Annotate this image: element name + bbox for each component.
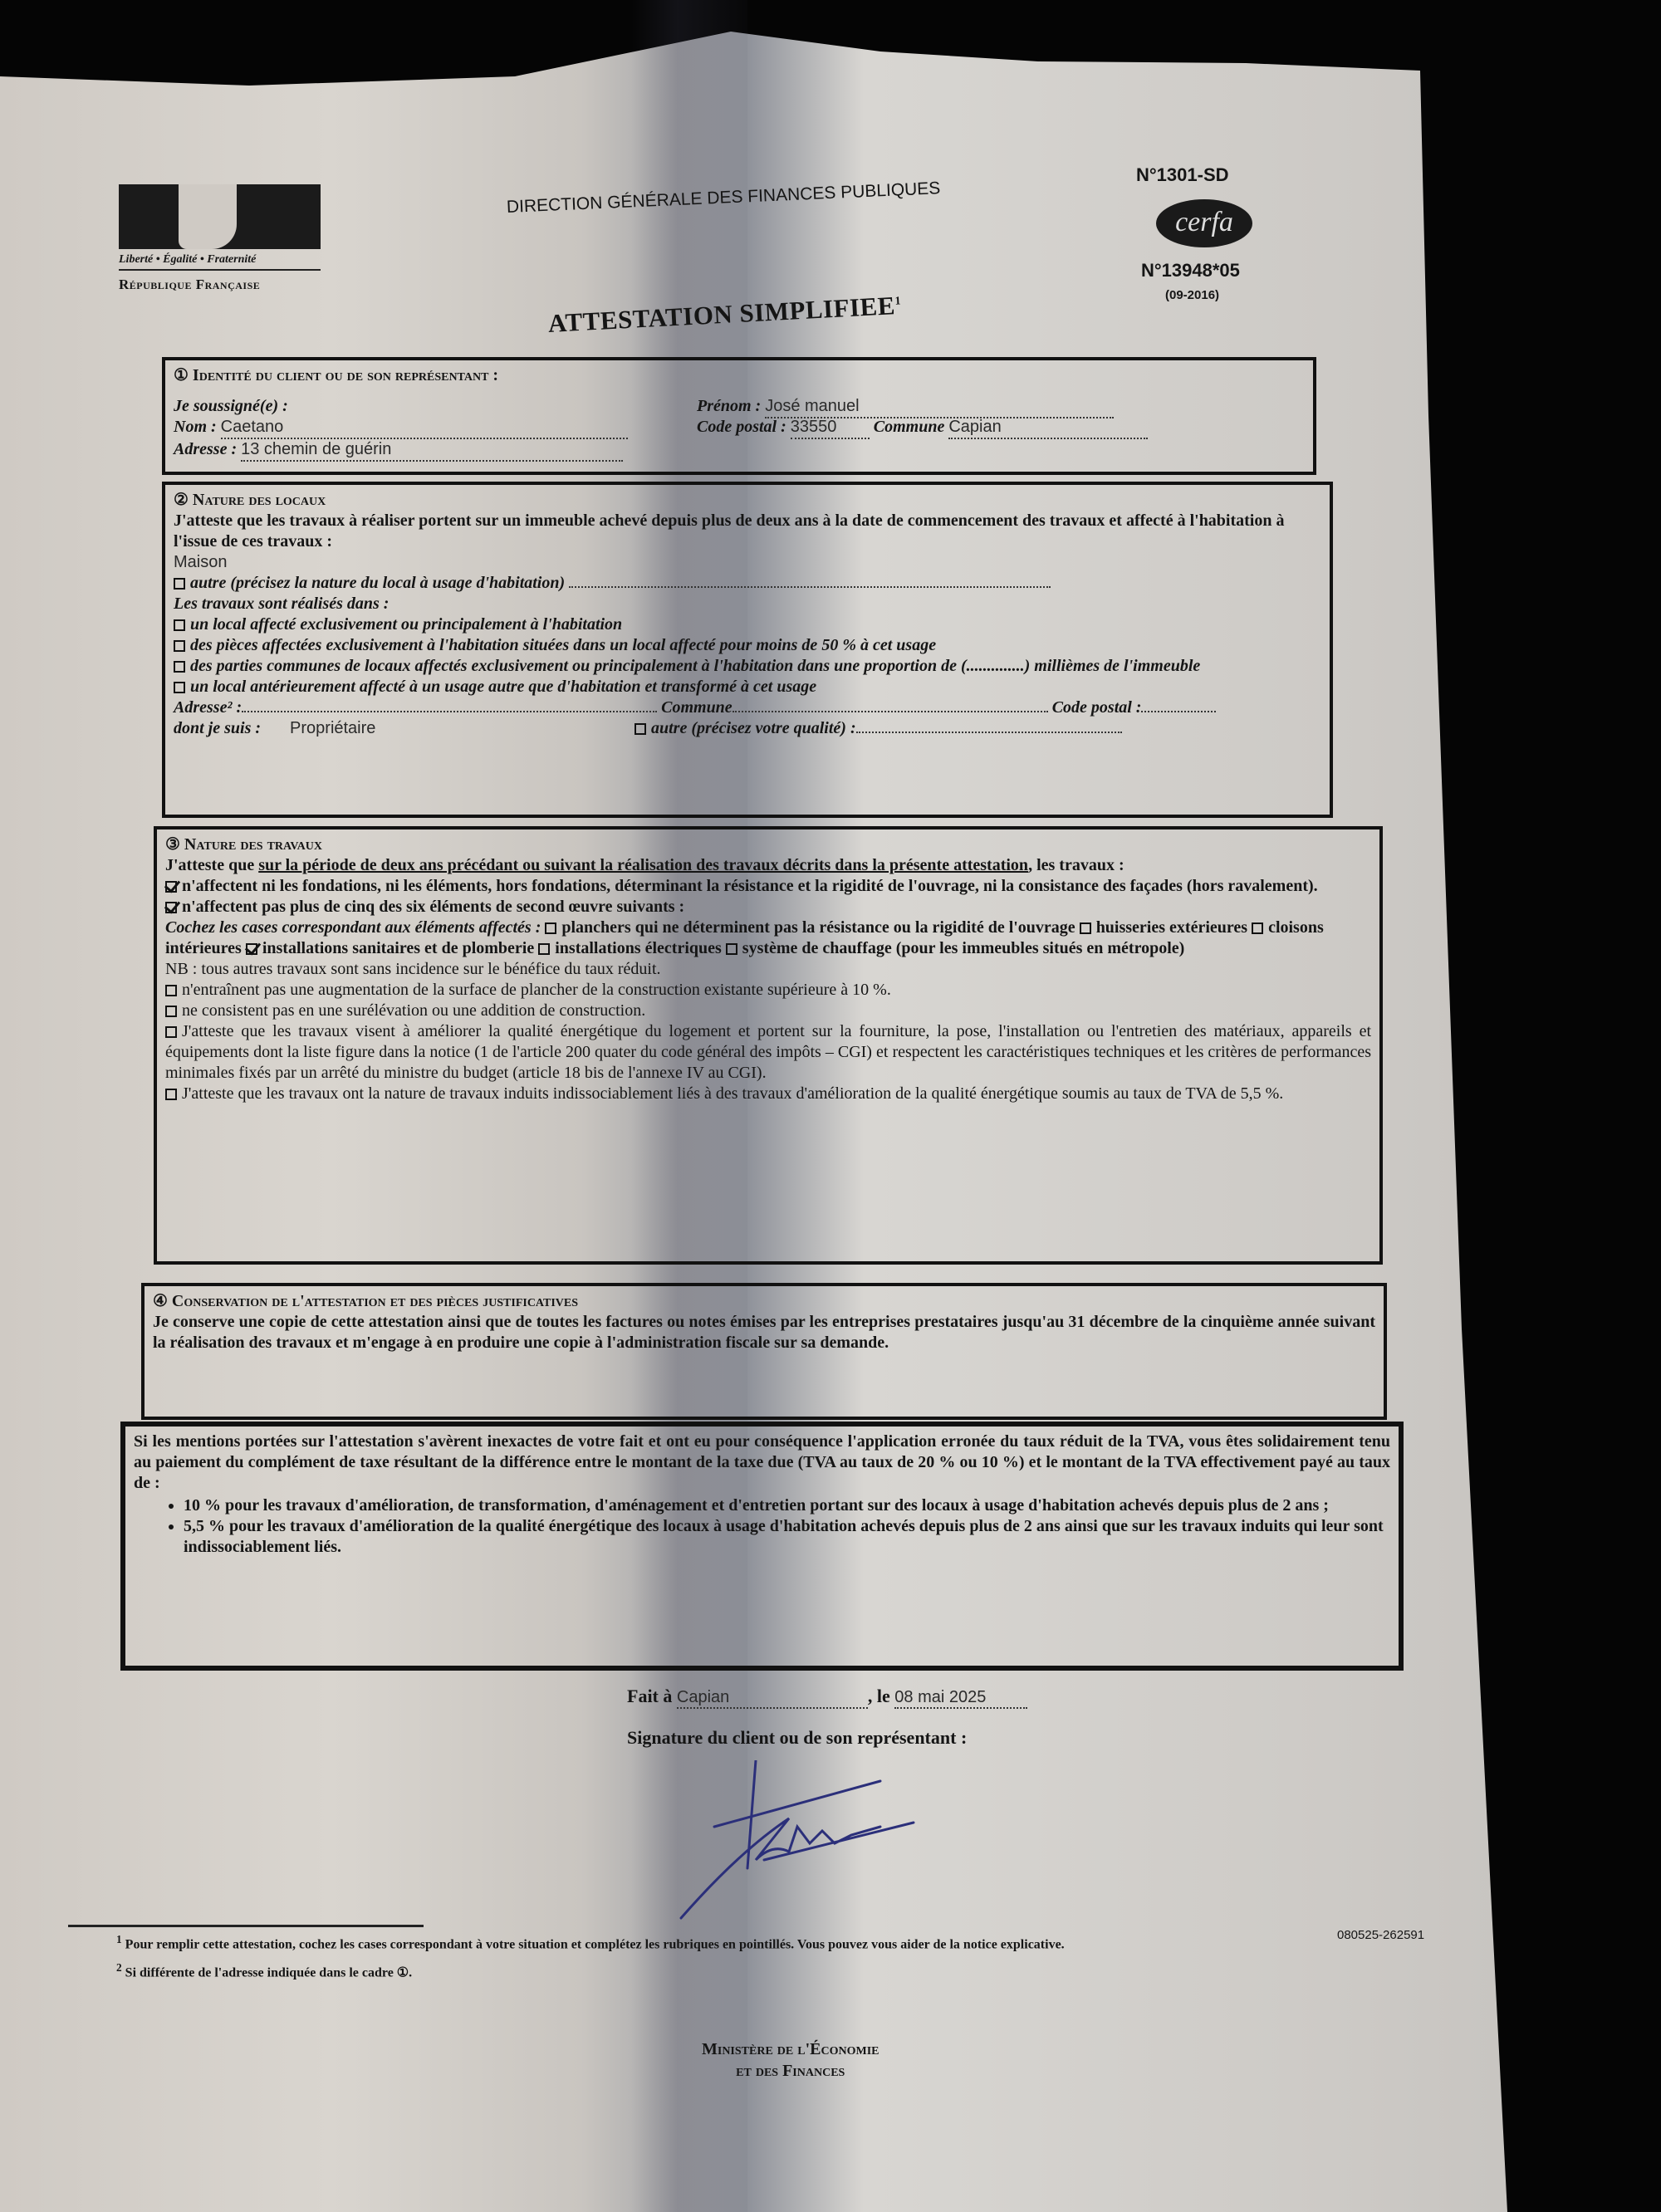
republic-name: République Française (119, 276, 260, 293)
warning-text: Si les mentions portées sur l'attestatio… (134, 1431, 1390, 1494)
second-oeuvre-element-1: huisseries extérieures (1080, 918, 1252, 937)
local-type-value[interactable]: Maison (174, 552, 1321, 573)
cochez-label: Cochez les cases correspondant aux éléme… (165, 918, 541, 937)
travaux-attestation-2-checkbox[interactable] (165, 1026, 177, 1038)
section2-heading: ② Nature des locaux (174, 490, 1321, 511)
nb-note: NB : tous autres travaux sont sans incid… (165, 959, 1371, 980)
commune2-field[interactable] (733, 711, 1048, 712)
cerfa-number: N°1301-SD (1136, 164, 1229, 186)
travaux-attestation-0-label: n'entraînent pas une augmentation de la … (182, 981, 891, 999)
adresse2-label: Adresse² : (174, 698, 242, 717)
section-nature-locaux: ② Nature des locaux J'atteste que les tr… (162, 482, 1333, 818)
section-nature-travaux: ③ Nature des travaux J'atteste que sur l… (154, 826, 1383, 1265)
nom-label: Nom : (174, 418, 217, 436)
section3-heading: ③ Nature des travaux (165, 834, 1371, 855)
travaux-attestation-1-label: ne consistent pas en une surélévation ou… (182, 1001, 645, 1020)
soussigne-label: Je soussigné(e) : (174, 397, 288, 415)
section2-intro: J'atteste que les travaux à réaliser por… (174, 511, 1321, 552)
second-oeuvre-element-4-label: installations électriques (555, 939, 726, 957)
autre-qualite-label: autre (précisez votre qualité) : (651, 719, 856, 737)
travaux-attestation-2: J'atteste que les travaux visent à améli… (165, 1021, 1371, 1084)
footnote-1: Pour remplir cette attestation, cochez l… (125, 1937, 1065, 1951)
second-oeuvre-element-1-checkbox[interactable] (1080, 922, 1091, 934)
commune-label: Commune (874, 418, 945, 436)
travaux-condition-1-label: n'affectent pas plus de cinq des six élé… (182, 898, 684, 916)
commune-field[interactable]: Capian (948, 417, 1148, 439)
travaux-condition-1-checkbox[interactable] (165, 902, 177, 913)
nom-field[interactable]: Caetano (221, 417, 628, 439)
realises-label: Les travaux sont réalisés dans : (174, 594, 1321, 614)
client-signature[interactable] (664, 1760, 963, 1926)
adresse2-field[interactable] (242, 711, 657, 712)
title-footnote-ref: 1 (894, 295, 901, 307)
qualite-value[interactable]: Propriétaire (290, 719, 375, 737)
autre-qualite-checkbox[interactable] (635, 723, 646, 735)
local-option-0-label: un local affecté exclusivement ou princi… (190, 615, 622, 634)
local-option-2-checkbox[interactable] (174, 661, 185, 673)
autre-local-checkbox[interactable] (174, 578, 185, 590)
section3-intro-end: , les travaux : (1028, 856, 1124, 874)
section4-text: Je conserve une copie de cette attestati… (153, 1312, 1375, 1353)
second-oeuvre-element-0-checkbox[interactable] (545, 922, 556, 934)
second-oeuvre-element-5-label: système de chauffage (pour les immeubles… (742, 939, 1185, 957)
ministry-logo: Ministère de l'Économie et des Finances (702, 2038, 879, 2082)
cerfa-logo: cerfa (1156, 199, 1252, 247)
second-oeuvre-element-5-checkbox[interactable] (726, 943, 737, 955)
form-number: N°13948*05 (1141, 260, 1240, 281)
signature-label: Signature du client ou de son représenta… (627, 1727, 967, 1749)
document-code: 080525-262591 (1337, 1928, 1424, 1942)
adresse-field[interactable]: 13 chemin de guérin (241, 439, 623, 462)
travaux-condition-0: n'affectent ni les fondations, ni les él… (165, 876, 1371, 897)
local-option-0-checkbox[interactable] (174, 619, 185, 631)
local-option-1-checkbox[interactable] (174, 640, 185, 652)
second-oeuvre-element-4-checkbox[interactable] (538, 943, 550, 955)
local-option-2: des parties communes de locaux affectés … (174, 656, 1321, 677)
code-postal2-field[interactable] (1141, 711, 1216, 712)
second-oeuvre-element-5: système de chauffage (pour les immeubles… (726, 939, 1185, 957)
qualite-label: dont je suis : (174, 719, 261, 737)
local-option-3-label: un local antérieurement affecté à un usa… (190, 678, 816, 696)
commune2-label: Commune (661, 698, 733, 717)
second-oeuvre-element-3-label: installations sanitaires et de plomberie (262, 939, 538, 957)
code-postal2-label: Code postal : (1052, 698, 1142, 717)
travaux-attestation-3: J'atteste que les travaux ont la nature … (165, 1084, 1371, 1104)
footnote-rule (68, 1925, 424, 1927)
section1-heading: ① Identité du client ou de son représent… (174, 365, 1305, 386)
footnote-2: Si différente de l'adresse indiquée dans… (125, 1966, 412, 1980)
travaux-attestation-2-label: J'atteste que les travaux visent à améli… (165, 1022, 1371, 1082)
section3-intro-start: J'atteste que (165, 856, 258, 874)
travaux-condition-0-checkbox[interactable] (165, 881, 177, 893)
fait-place-field[interactable]: Capian (677, 1688, 868, 1709)
marianne-logo (119, 184, 321, 249)
warning-bullet: 10 % pour les travaux d'amélioration, de… (184, 1495, 1390, 1516)
form-version-date: (09-2016) (1165, 288, 1219, 302)
ministry-line-1: Ministère de l'Économie (702, 2038, 879, 2060)
local-option-2-label: des parties communes de locaux affectés … (190, 657, 1200, 675)
second-oeuvre-element-0-label: planchers qui ne déterminent pas la rési… (561, 918, 1079, 937)
autre-local-label: autre (précisez la nature du local à usa… (190, 574, 565, 592)
travaux-condition-1: n'affectent pas plus de cinq des six élé… (165, 897, 1371, 918)
travaux-attestation-3-checkbox[interactable] (165, 1089, 177, 1100)
local-option-3-checkbox[interactable] (174, 682, 185, 693)
second-oeuvre-element-0: planchers qui ne déterminent pas la rési… (545, 918, 1079, 937)
local-option-1: des pièces affectées exclusivement à l'h… (174, 635, 1321, 656)
section-conservation: ④ Conservation de l'attestation et des p… (141, 1283, 1387, 1420)
section4-heading: ④ Conservation de l'attestation et des p… (153, 1291, 1375, 1312)
second-oeuvre-element-1-label: huisseries extérieures (1096, 918, 1252, 937)
section3-intro-underlined: sur la période de deux ans précédant ou … (258, 856, 1028, 874)
code-postal-label: Code postal : (697, 418, 786, 436)
code-postal-field[interactable]: 33550 (791, 417, 870, 439)
travaux-attestation-0-checkbox[interactable] (165, 985, 177, 996)
autre-local-field[interactable] (569, 586, 1051, 588)
autre-qualite-field[interactable] (856, 732, 1122, 733)
warning-box: Si les mentions portées sur l'attestatio… (120, 1422, 1404, 1671)
date-label: le (877, 1686, 890, 1706)
prenom-field[interactable]: José manuel (765, 396, 1114, 418)
travaux-attestation-1: ne consistent pas en une surélévation ou… (165, 1001, 1371, 1021)
travaux-attestation-0: n'entraînent pas une augmentation de la … (165, 980, 1371, 1001)
section-client-identity: ① Identité du client ou de son représent… (162, 357, 1316, 475)
footnotes: 1 Pour remplir cette attestation, cochez… (116, 1928, 1065, 1985)
date-field[interactable]: 08 mai 2025 (894, 1688, 1027, 1709)
fait-line: Fait à Capian, le 08 mai 2025 (627, 1686, 1027, 1709)
warning-bullet: 5,5 % pour les travaux d'amélioration de… (184, 1516, 1390, 1558)
second-oeuvre-element-3-checkbox[interactable] (246, 943, 257, 955)
local-option-1-label: des pièces affectées exclusivement à l'h… (190, 636, 936, 654)
ministry-line-2: et des Finances (702, 2060, 879, 2082)
republic-motto: Liberté • Égalité • Fraternité (119, 253, 321, 271)
second-oeuvre-element-3: installations sanitaires et de plomberie (246, 939, 538, 957)
second-oeuvre-element-4: installations électriques (538, 939, 726, 957)
prenom-label: Prénom : (697, 397, 761, 415)
adresse-label: Adresse : (174, 440, 237, 458)
local-option-0: un local affecté exclusivement ou princi… (174, 614, 1321, 635)
travaux-attestation-3-label: J'atteste que les travaux ont la nature … (182, 1084, 1283, 1103)
local-option-3: un local antérieurement affecté à un usa… (174, 677, 1321, 697)
second-oeuvre-element-2-checkbox[interactable] (1252, 922, 1263, 934)
travaux-condition-0-label: n'affectent ni les fondations, ni les él… (182, 877, 1318, 895)
travaux-attestation-1-checkbox[interactable] (165, 1006, 177, 1017)
fait-label: Fait à (627, 1686, 672, 1706)
